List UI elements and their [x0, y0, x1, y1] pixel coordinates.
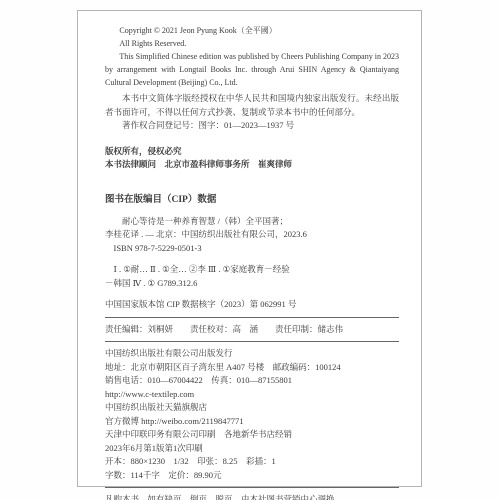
classification-line-2: －韩国 Ⅳ . ① G789.312.6 [105, 277, 399, 291]
format-sheets-line: 开本：880×1230 1/32 印张：8.25 彩插：1 [105, 455, 399, 469]
cip-record-number-line: 中国国家版本馆 CIP 数据核字（2023）第 062991 号 [105, 298, 399, 312]
cip-record-block: 耐心等待是一种养育智慧 /（韩）全平国著； 李桂花译 . — 北京：中国纺织出版… [105, 215, 399, 256]
registration-number-line: 著作权合同登记号：图字：01—2023—1937 号 [105, 119, 399, 133]
spacer [105, 290, 399, 298]
license-paragraph: 本书中文简体字版经授权在中华人民共和国境内独家出版发行。未经出版者书面许可，不得… [105, 92, 399, 119]
english-copyright-block: Copyright © 2021 Jeon Pyung Kook（全平國） Al… [105, 24, 399, 89]
spacer [105, 172, 399, 193]
all-rights-line: 版权所有，侵权必究 [105, 145, 399, 159]
publisher-name-line: 中国纺织出版社有限公司出版发行 [105, 347, 399, 361]
legal-counsel-line: 本书法律顾问 北京市盈科律师事务所 崔爽律师 [105, 158, 399, 172]
chinese-license-block: 本书中文简体字版经授权在中华人民共和国境内独家出版发行。未经出版者书面许可，不得… [105, 92, 399, 133]
rights-notice-block: 版权所有，侵权必究 本书法律顾问 北京市盈科律师事务所 崔爽律师 [105, 145, 399, 172]
publisher-address-line: 地址：北京市朝阳区百子湾东里 A407 号楼 邮政编码：100124 [105, 361, 399, 375]
spacer [105, 133, 399, 145]
publisher-website-line: http://www.c-textilep.com [105, 388, 399, 402]
return-notice-line: 凡购本书，如有缺页、倒页、脱页，由本社图书营销中心调换 [105, 493, 399, 500]
spacer [105, 207, 399, 215]
scan-background: Copyright © 2021 Jeon Pyung Kook（全平國） Al… [0, 0, 500, 500]
copyright-line: Copyright © 2021 Jeon Pyung Kook（全平國） [105, 24, 399, 37]
weibo-line: 官方微博 http://weibo.com/2119847771 [105, 415, 399, 429]
publisher-phone-line: 销售电话：010—67004422 传真：010—87155801 [105, 374, 399, 388]
spacer [105, 255, 399, 263]
divider [105, 341, 399, 342]
cip-classification-block: Ⅰ . ①耐… Ⅱ . ①全… ②李 Ⅲ . ①家庭教育－经验 －韩国 Ⅳ . … [105, 263, 399, 290]
divider [105, 487, 399, 488]
edition-printing-line: 2023年6月第1版第1次印刷 [105, 442, 399, 456]
cip-title-line: 耐心等待是一种养育智慧 /（韩）全平国著； [105, 215, 399, 229]
cip-heading: 图书在版编目（CIP）数据 [105, 193, 399, 207]
edition-paragraph: This Simplified Chinese edition was publ… [105, 50, 399, 89]
printer-distributor-line: 天津中印联印务有限公司印刷 各地新华书店经销 [105, 428, 399, 442]
tmall-store-line: 中国纺织出版社天猫旗舰店 [105, 401, 399, 415]
classification-line-1: Ⅰ . ①耐… Ⅱ . ①全… ②李 Ⅲ . ①家庭教育－经验 [105, 263, 399, 277]
wordcount-price-line: 字数：114千字 定价：89.90元 [105, 469, 399, 483]
publisher-imprint-block: 中国纺织出版社有限公司出版发行 地址：北京市朝阳区百子湾东里 A407 号楼 邮… [105, 347, 399, 482]
staff-credits-line: 责任编辑：刘桐妍 责任校对：高 涵 责任印制：储志伟 [105, 323, 399, 337]
cip-publisher-line: 李桂花译 . — 北京：中国纺织出版社有限公司，2023.6 [105, 228, 399, 242]
isbn-line: ISBN 978-7-5229-0501-3 [105, 242, 399, 256]
rights-reserved-line: All Rights Reserved. [105, 37, 399, 50]
divider [105, 317, 399, 318]
book-copyright-page: Copyright © 2021 Jeon Pyung Kook（全平國） Al… [77, 10, 422, 487]
